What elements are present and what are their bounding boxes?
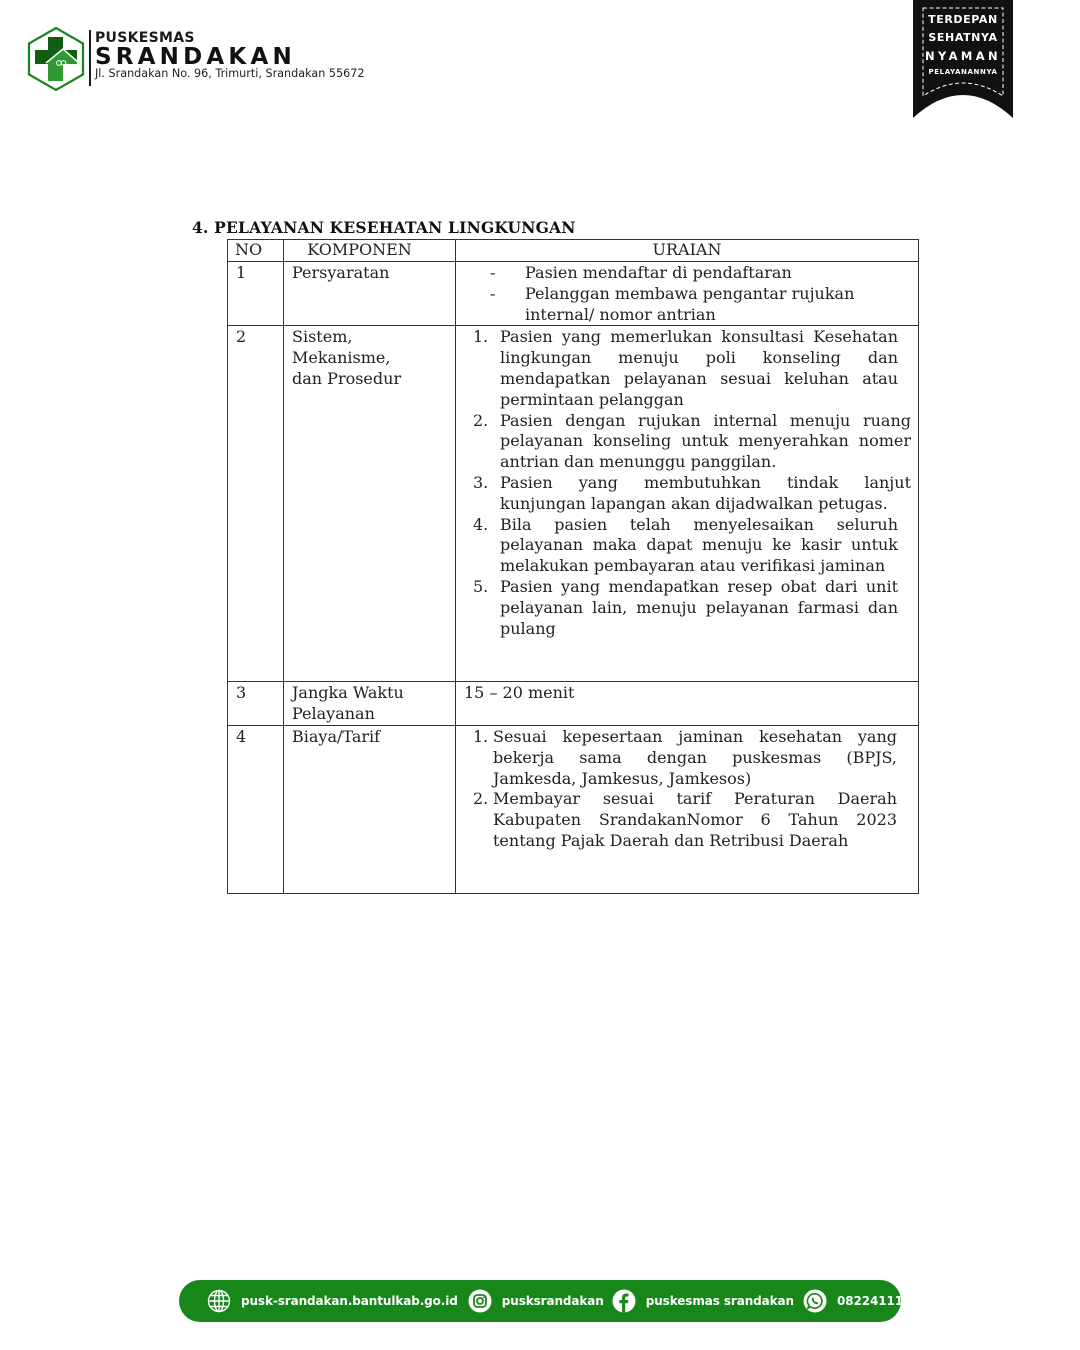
table-row: 2 Sistem, Mekanisme, dan Prosedur 1.Pasi… bbox=[228, 326, 919, 682]
list-item: Pelanggan membawa pengantar rujukan inte… bbox=[490, 284, 911, 326]
section-title: 4. PELAYANAN KESEHATAN LINGKUNGAN bbox=[192, 218, 576, 237]
org-name: SRANDAKAN bbox=[95, 45, 364, 69]
puskesmas-logo-icon bbox=[26, 26, 86, 92]
list-item: Pasien mendaftar di pendaftaran bbox=[490, 263, 911, 284]
facebook-text: puskesmas srandakan bbox=[646, 1294, 794, 1308]
ribbon-line-4: PELAYANANNYA bbox=[913, 65, 1013, 79]
brand-block: PUSKESMAS SRANDAKAN Jl. Srandakan No. 96… bbox=[89, 30, 364, 86]
ribbon-line-1: TERDEPAN bbox=[913, 11, 1013, 29]
contact-footer-bar: pusk-srandakan.bantulkab.go.id pusksrand… bbox=[179, 1280, 901, 1322]
table-row: 1 Persyaratan Pasien mendaftar di pendaf… bbox=[228, 262, 919, 326]
ribbon-line-3: NYAMAN bbox=[913, 47, 1013, 65]
service-table: NO KOMPONEN URAIAN 1 Persyaratan Pasien … bbox=[227, 239, 919, 894]
facebook-icon bbox=[612, 1289, 636, 1313]
org-address: Jl. Srandakan No. 96, Trimurti, Srandaka… bbox=[95, 67, 364, 80]
table-header-row: NO KOMPONEN URAIAN bbox=[228, 240, 919, 262]
whatsapp-text: 082241110735 bbox=[837, 1294, 936, 1308]
row-komponen: Sistem, Mekanisme, dan Prosedur bbox=[284, 326, 456, 682]
table-row: 4 Biaya/Tarif 1.Sesuai kepesertaan jamin… bbox=[228, 725, 919, 893]
row-komponen: Biaya/Tarif bbox=[284, 725, 456, 893]
row-uraian: 15 – 20 menit bbox=[456, 682, 919, 726]
website-link[interactable]: pusk-srandakan.bantulkab.go.id bbox=[207, 1289, 458, 1313]
row-komponen: Persyaratan bbox=[284, 262, 456, 326]
instagram-link[interactable]: pusksrandakan bbox=[468, 1289, 604, 1313]
table-row: 3 Jangka Waktu Pelayanan 15 – 20 menit bbox=[228, 682, 919, 726]
row-uraian: Pasien mendaftar di pendaftaran Pelangga… bbox=[456, 262, 919, 326]
row-uraian: 1.Sesuai kepesertaan jaminan kesehatan y… bbox=[456, 725, 919, 893]
row-no: 2 bbox=[228, 326, 284, 682]
instagram-text: pusksrandakan bbox=[502, 1294, 604, 1308]
website-text: pusk-srandakan.bantulkab.go.id bbox=[241, 1294, 458, 1308]
header-no: NO bbox=[228, 240, 284, 262]
header-komponen: KOMPONEN bbox=[284, 240, 456, 262]
list-item: 1.Pasien yang memerlukan konsultasi Kese… bbox=[468, 327, 911, 410]
header-uraian: URAIAN bbox=[456, 240, 919, 262]
slogan-ribbon: TERDEPAN SEHATNYA NYAMAN PELAYANANNYA bbox=[913, 0, 1013, 118]
globe-icon bbox=[207, 1289, 231, 1313]
row-komponen: Jangka Waktu Pelayanan bbox=[284, 682, 456, 726]
list-item: 3.Pasien yang membutuhkan tindak lanjut … bbox=[468, 473, 911, 515]
row-no: 4 bbox=[228, 725, 284, 893]
list-item: 2.Pasien dengan rujukan internal menuju … bbox=[468, 411, 911, 473]
row-no: 1 bbox=[228, 262, 284, 326]
row-uraian: 1.Pasien yang memerlukan konsultasi Kese… bbox=[456, 326, 919, 682]
whatsapp-icon bbox=[803, 1289, 827, 1313]
list-item: 5.Pasien yang mendapatkan resep obat dar… bbox=[468, 577, 911, 639]
list-item: 2.Membayar sesuai tarif Peraturan Daerah… bbox=[468, 789, 911, 851]
instagram-icon bbox=[468, 1289, 492, 1313]
facebook-link[interactable]: puskesmas srandakan bbox=[612, 1289, 794, 1313]
list-item: 4.Bila pasien telah menyelesaikan seluru… bbox=[468, 515, 911, 577]
whatsapp-link[interactable]: 082241110735 bbox=[803, 1289, 936, 1313]
ribbon-line-2: SEHATNYA bbox=[913, 29, 1013, 47]
row-no: 3 bbox=[228, 682, 284, 726]
list-item: 1.Sesuai kepesertaan jaminan kesehatan y… bbox=[468, 727, 911, 789]
